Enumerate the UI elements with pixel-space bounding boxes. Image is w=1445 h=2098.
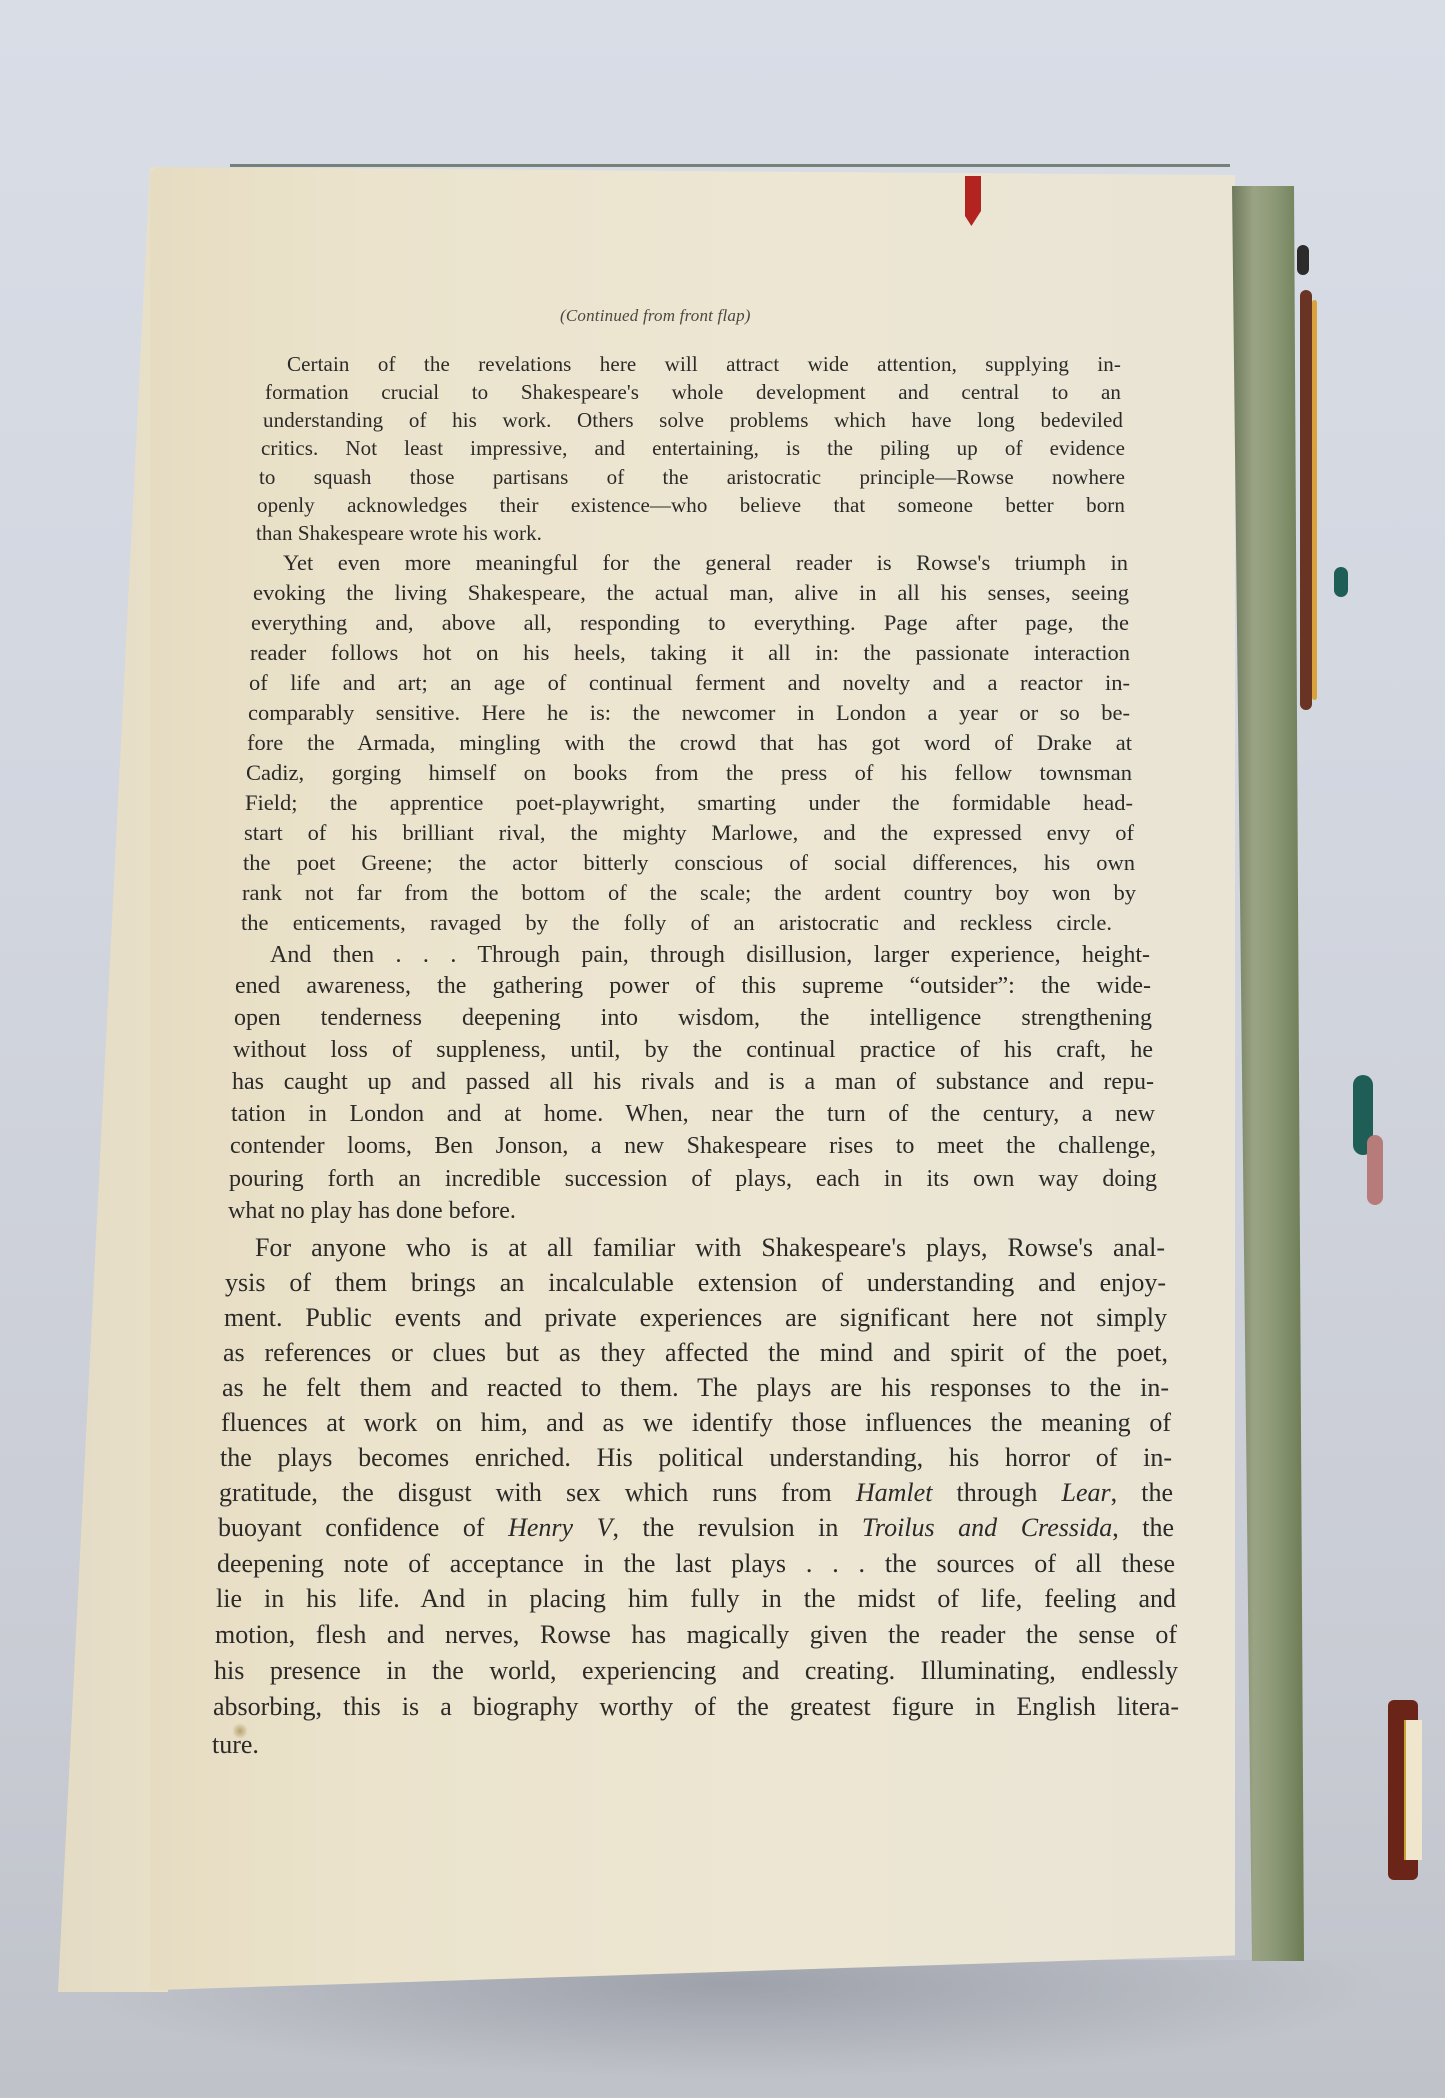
paragraph-line: the plays becomes enriched. His politica…: [220, 1443, 1172, 1473]
paragraph-line: contender looms, Ben Jonson, a new Shake…: [230, 1133, 1156, 1160]
paragraph-line: Cadiz, gorging himself on books from the…: [246, 760, 1132, 786]
line-segment: , the: [1111, 1478, 1173, 1507]
paragraph-line: reader follows hot on his heels, taking …: [250, 640, 1130, 666]
paragraph-line: lie in his life. And in placing him full…: [216, 1584, 1176, 1614]
paragraph-line: as he felt them and reacted to them. The…: [222, 1373, 1169, 1403]
paper-stain: [233, 1722, 247, 1740]
line-segment: , the: [1112, 1513, 1174, 1542]
paragraph-line: has caught up and passed all his rivals …: [232, 1069, 1154, 1096]
paragraph-line: motion, flesh and nerves, Rowse has magi…: [215, 1620, 1177, 1650]
italic-title-henry-v: Henry V: [508, 1513, 612, 1542]
spine-title-label-inner: [1404, 1720, 1422, 1860]
paragraph-line: ysis of them brings an incalculable exte…: [225, 1268, 1166, 1298]
paragraph-line: his presence in the world, experiencing …: [214, 1656, 1178, 1686]
paragraph-line: of life and art; an age of continual fer…: [249, 670, 1130, 696]
paragraph-line: open tenderness deepening into wisdom, t…: [234, 1005, 1152, 1032]
paragraph-line: absorbing, this is a biography worthy of…: [213, 1692, 1179, 1722]
spine-orange-edge: [1312, 300, 1317, 700]
paragraph-line: And then . . . Through pain, through dis…: [270, 942, 1150, 969]
continued-heading: (Continued from front flap): [560, 306, 751, 326]
book-spine: [1232, 186, 1304, 1961]
paragraph-line: the poet Greene; the actor bitterly cons…: [243, 850, 1135, 876]
paragraph-line: critics. Not least impressive, and enter…: [261, 436, 1125, 461]
paragraph-line: fluences at work on him, and as we ident…: [221, 1408, 1171, 1438]
italic-title-lear: Lear: [1062, 1478, 1111, 1507]
paragraph-line: ened awareness, the gathering power of t…: [235, 973, 1151, 1000]
paragraph-line: buoyant confidence of Henry V, the revul…: [218, 1513, 1174, 1543]
paragraph-line: without loss of suppleness, until, by th…: [233, 1037, 1153, 1064]
spine-pink-patch: [1367, 1135, 1383, 1205]
paragraph-line: than Shakespeare wrote his work.: [256, 521, 542, 546]
spine-dark-dot: [1297, 245, 1309, 275]
line-segment: through: [932, 1478, 1061, 1507]
paragraph-line: evoking the living Shakespeare, the actu…: [253, 580, 1129, 606]
paragraph-line: gratitude, the disgust with sex which ru…: [219, 1478, 1173, 1508]
italic-title-hamlet: Hamlet: [856, 1478, 933, 1507]
paragraph-line: Certain of the revelations here will att…: [287, 352, 1121, 377]
line-segment: buoyant confidence of: [218, 1513, 508, 1542]
paragraph-line: Yet even more meaningful for the general…: [283, 550, 1128, 576]
paragraph-line: deepening note of acceptance in the last…: [217, 1549, 1175, 1579]
paragraph-line: tation in London and at home. When, near…: [231, 1101, 1155, 1128]
paragraph-line: comparably sensitive. Here he is: the ne…: [248, 700, 1130, 726]
paragraph-line: to squash those partisans of the aristoc…: [259, 465, 1125, 490]
paragraph-line: ment. Public events and private experien…: [224, 1303, 1167, 1333]
paragraph-line: everything and, above all, responding to…: [251, 610, 1129, 636]
paragraph-line: formation crucial to Shakespeare's whole…: [265, 380, 1121, 405]
paragraph-line: understanding of his work. Others solve …: [263, 408, 1123, 433]
spine-brown-stripe: [1300, 290, 1312, 710]
paragraph-line: as references or clues but as they affec…: [223, 1338, 1168, 1368]
line-segment: gratitude, the disgust with sex which ru…: [219, 1478, 856, 1507]
paragraph-line: rank not far from the bottom of the scal…: [242, 880, 1136, 906]
paragraph-line: the enticements, ravaged by the folly of…: [241, 910, 1112, 936]
paragraph-line: what no play has done before.: [228, 1198, 516, 1225]
paragraph-line: For anyone who is at all familiar with S…: [255, 1233, 1165, 1263]
paragraph-line: openly acknowledges their existence—who …: [257, 493, 1125, 518]
paragraph-line: start of his brilliant rival, the mighty…: [244, 820, 1134, 846]
paragraph-line: pouring forth an incredible succession o…: [229, 1166, 1157, 1193]
spine-teal-patch: [1334, 567, 1348, 597]
paragraph-line: fore the Armada, mingling with the crowd…: [247, 730, 1132, 756]
line-segment: , the revulsion in: [612, 1513, 861, 1542]
italic-title-troilus-and-cressida: Troilus and Cressida: [862, 1513, 1112, 1542]
paragraph-line: Field; the apprentice poet-playwright, s…: [245, 790, 1133, 816]
jacket-top-edge: [230, 164, 1230, 167]
